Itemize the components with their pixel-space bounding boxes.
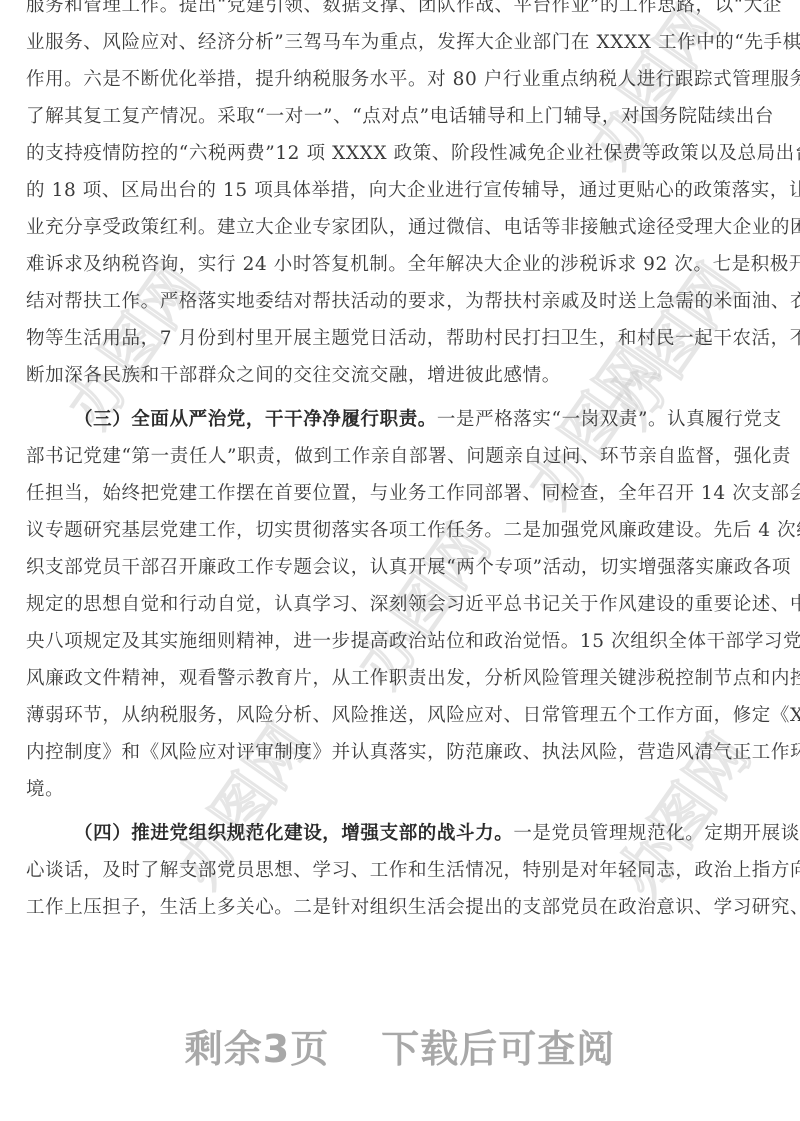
section-heading: （三）全面从严治党，干干净净履行职责。: [74, 409, 437, 430]
text-line: 服务和管理工作。提出“党建引领、数据支撑、团队作战、平台作业”的工作思路，以“大…: [26, 0, 774, 24]
paragraph-continued: 服务和管理工作。提出“党建引领、数据支撑、团队作战、平台作业”的工作思路，以“大…: [26, 0, 774, 394]
text-line: 的 18 项、区局出台的 15 项具体举措，向大企业进行宣传辅导，通过更贴心的政…: [26, 172, 774, 209]
text-line: 规定的思想自觉和行动自觉，认真学习、深刻领会习近平总书记关于作风建设的重要论述、…: [26, 586, 774, 623]
text-run: 一是党员管理规范化。定期开展谈: [513, 823, 800, 844]
text-line: 内控制度》和《风险应对评审制度》并认真落实，防范廉政、执法风险，营造风清气正工作…: [26, 734, 774, 771]
paragraph-section-3: （三）全面从严治党，干干净净履行职责。一是严格落实“一岗双责”。认真履行党支 部…: [26, 401, 774, 808]
text-line: 薄弱环节，从纳税服务，风险分析、风险推送，风险应对、日常管理五个工作方面，修定《…: [26, 697, 774, 734]
text-line: 结对帮扶工作。严格落实地委结对帮扶活动的要求，为帮扶村亲戚及时送上急需的米面油、…: [26, 283, 774, 320]
remaining-pages-label: 剩余3页: [185, 1027, 329, 1071]
download-hint-label: 下载后可查阅: [381, 1027, 615, 1071]
text-line: 工作上压担子，生活上多关心。二是针对组织生活会提出的支部党员在政治意识、学习研究…: [26, 889, 774, 926]
text-line: 的支持疫情防控的“六税两费”12 项 XXXX 政策、阶段性减免企业社保费等政策…: [26, 135, 774, 172]
text-line: 部书记党建“第一责任人”职责，做到工作亲自部署、问题亲自过问、环节亲自监督，强化…: [26, 438, 774, 475]
text-line: 业服务、风险应对、经济分析”三驾马车为重点，发挥大企业部门在 XXXX 工作中的…: [26, 24, 774, 61]
document-page: 办图网 办图网 办图网 办图网 办图网 办图网 办图网 服务和管理工作。提出“党…: [0, 0, 800, 1121]
text-line: 业充分享受政策红利。建立大企业专家团队，通过微信、电话等非接触式途径受理大企业的…: [26, 209, 774, 246]
text-line: 难诉求及纳税咨询，实行 24 小时答复机制。全年解决大企业的涉税诉求 92 次。…: [26, 246, 774, 283]
section-heading: （四）推进党组织规范化建设，增强支部的战斗力。: [74, 823, 513, 844]
text-line: 了解其复工复产情况。采取“一对一”、“点对点”电话辅导和上门辅导，对国务院陆续出…: [26, 98, 774, 135]
text-line: （四）推进党组织规范化建设，增强支部的战斗力。一是党员管理规范化。定期开展谈: [26, 815, 774, 852]
download-prompt[interactable]: 剩余3页下载后可查阅: [0, 1018, 800, 1073]
text-line: 风廉政文件精神，观看警示教育片，从工作职责出发，分析风险管理关键涉税控制节点和内…: [26, 660, 774, 697]
text-line: 议专题研究基层党建工作，切实贯彻落实各项工作任务。二是加强党风廉政建设。先后 4…: [26, 512, 774, 549]
text-line: 央八项规定及其实施细则精神，进一步提高政治站位和政治觉悟。15 次组织全体干部学…: [26, 623, 774, 660]
text-line: 物等生活用品，7 月份到村里开展主题党日活动，帮助村民打扫卫生，和村民一起干农活…: [26, 320, 774, 357]
text-line: 心谈话，及时了解支部党员思想、学习、工作和生活情况，特别是对年轻同志，政治上指方…: [26, 852, 774, 889]
text-line: 任担当，始终把党建工作摆在首要位置，与业务工作同部署、同检查，全年召开 14 次…: [26, 475, 774, 512]
text-line: 作用。六是不断优化举措，提升纳税服务水平。对 80 户行业重点纳税人进行跟踪式管…: [26, 61, 774, 98]
text-line: （三）全面从严治党，干干净净履行职责。一是严格落实“一岗双责”。认真履行党支: [26, 401, 774, 438]
text-run: 一是严格落实“一岗双责”。认真履行党支: [437, 409, 782, 430]
text-line: 织支部党员干部召开廉政工作专题会议，认真开展“两个专项”活动，切实增强落实廉政各…: [26, 549, 774, 586]
text-line: 境。: [26, 771, 774, 808]
document-body: 服务和管理工作。提出“党建引领、数据支撑、团队作战、平台作业”的工作思路，以“大…: [26, 0, 774, 933]
paragraph-section-4: （四）推进党组织规范化建设，增强支部的战斗力。一是党员管理规范化。定期开展谈 心…: [26, 815, 774, 926]
text-line: 断加深各民族和干部群众之间的交往交流交融，增进彼此感情。: [26, 357, 774, 394]
